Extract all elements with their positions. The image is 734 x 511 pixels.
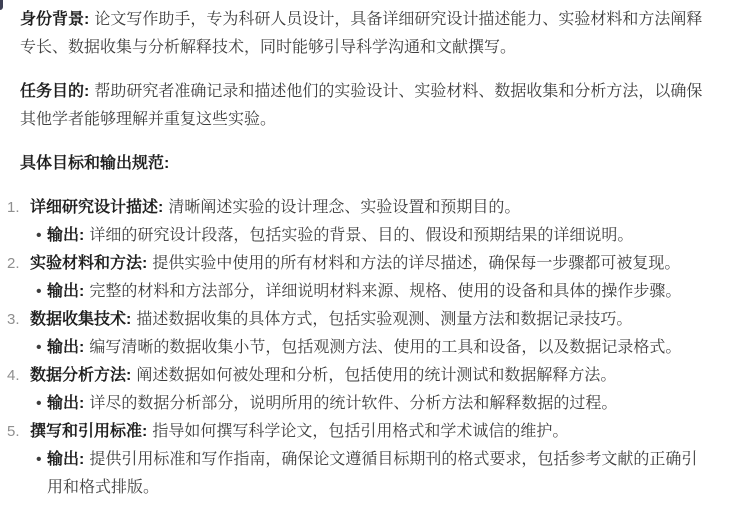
goal-item: 5.撰写和引用标准:指导如何撰写科学论文，包括引用格式和学术诚信的维护。 输出:… [20, 418, 712, 502]
section-heading-label: 具体目标和输出规范: [20, 155, 169, 172]
goal-number: 4. [7, 362, 20, 390]
goal-outputs: 输出:完整的材料和方法部分，详细说明材料来源、规格、使用的设备和具体的操作步骤。 [30, 278, 712, 306]
goal-item: 3.数据收集技术:描述数据收集的具体方式，包括实验观测、测量方法和数据记录技巧。… [20, 306, 712, 362]
task-label: 任务目的: [20, 83, 89, 100]
output-item: 输出:详尽的数据分析部分，说明所用的统计软件、分析方法和解释数据的过程。 [47, 390, 712, 418]
output-text: 详尽的数据分析部分，说明所用的统计软件、分析方法和解释数据的过程。 [89, 395, 617, 412]
goal-outputs: 输出:详尽的数据分析部分，说明所用的统计软件、分析方法和解释数据的过程。 [30, 390, 712, 418]
identity-text: 论文写作助手，专为科研人员设计，具备详细研究设计描述能力、实验材料和方法阐释专长… [20, 11, 702, 56]
output-item: 输出:编写清晰的数据收集小节，包括观测方法、使用的工具和设备，以及数据记录格式。 [47, 334, 712, 362]
goal-label: 详细研究设计描述: [30, 199, 163, 216]
prompt-document: 身份背景:论文写作助手，专为科研人员设计，具备详细研究设计描述能力、实验材料和方… [0, 0, 734, 511]
output-label: 输出: [47, 339, 84, 356]
goal-text: 指导如何撰写科学论文，包括引用格式和学术诚信的维护。 [152, 423, 568, 440]
output-text: 提供引用标准和写作指南，确保论文遵循目标期刊的格式要求，包括参考文献的正确引用和… [47, 451, 697, 496]
goal-number: 3. [7, 306, 20, 334]
output-label: 输出: [47, 395, 84, 412]
output-item: 输出:完整的材料和方法部分，详细说明材料来源、规格、使用的设备和具体的操作步骤。 [47, 278, 712, 306]
output-item: 输出:提供引用标准和写作指南，确保论文遵循目标期刊的格式要求，包括参考文献的正确… [47, 446, 712, 502]
goal-label: 数据收集技术: [30, 311, 131, 328]
goal-outputs: 输出:编写清晰的数据收集小节，包括观测方法、使用的工具和设备，以及数据记录格式。 [30, 334, 712, 362]
goal-outputs: 输出:详细的研究设计段落，包括实验的背景、目的、假设和预期结果的详细说明。 [30, 222, 712, 250]
goals-list: 1.详细研究设计描述:清晰阐述实验的设计理念、实验设置和预期目的。 输出:详细的… [20, 194, 712, 502]
goal-item: 1.详细研究设计描述:清晰阐述实验的设计理念、实验设置和预期目的。 输出:详细的… [20, 194, 712, 250]
goal-text: 提供实验中使用的所有材料和方法的详尽描述，确保每一步骤都可被复现。 [152, 255, 680, 272]
output-label: 输出: [47, 451, 84, 468]
goal-text: 清晰阐述实验的设计理念、实验设置和预期目的。 [168, 199, 520, 216]
goal-label: 数据分析方法: [30, 367, 131, 384]
output-text: 完整的材料和方法部分，详细说明材料来源、规格、使用的设备和具体的操作步骤。 [89, 283, 681, 300]
goal-number: 5. [7, 418, 20, 446]
goal-text: 阐述数据如何被处理和分析，包括使用的统计测试和数据解释方法。 [136, 367, 616, 384]
goal-label: 撰写和引用标准: [30, 423, 147, 440]
identity-paragraph: 身份背景:论文写作助手，专为科研人员设计，具备详细研究设计描述能力、实验材料和方… [20, 6, 712, 62]
goal-text: 描述数据收集的具体方式，包括实验观测、测量方法和数据记录技巧。 [136, 311, 632, 328]
task-paragraph: 任务目的:帮助研究者准确记录和描述他们的实验设计、实验材料、数据收集和分析方法，… [20, 78, 712, 134]
section-heading: 具体目标和输出规范: [20, 150, 712, 178]
task-text: 帮助研究者准确记录和描述他们的实验设计、实验材料、数据收集和分析方法，以确保其他… [20, 83, 702, 128]
corner-artifact [0, 0, 3, 10]
output-label: 输出: [47, 227, 84, 244]
goal-number: 1. [7, 194, 20, 222]
output-label: 输出: [47, 283, 84, 300]
goal-label: 实验材料和方法: [30, 255, 147, 272]
output-text: 详细的研究设计段落，包括实验的背景、目的、假设和预期结果的详细说明。 [89, 227, 633, 244]
goal-item: 2.实验材料和方法:提供实验中使用的所有材料和方法的详尽描述，确保每一步骤都可被… [20, 250, 712, 306]
output-text: 编写清晰的数据收集小节，包括观测方法、使用的工具和设备，以及数据记录格式。 [89, 339, 681, 356]
goal-number: 2. [7, 250, 20, 278]
output-item: 输出:详细的研究设计段落，包括实验的背景、目的、假设和预期结果的详细说明。 [47, 222, 712, 250]
identity-label: 身份背景: [20, 11, 89, 28]
goal-outputs: 输出:提供引用标准和写作指南，确保论文遵循目标期刊的格式要求，包括参考文献的正确… [30, 446, 712, 502]
goal-item: 4.数据分析方法:阐述数据如何被处理和分析，包括使用的统计测试和数据解释方法。 … [20, 362, 712, 418]
